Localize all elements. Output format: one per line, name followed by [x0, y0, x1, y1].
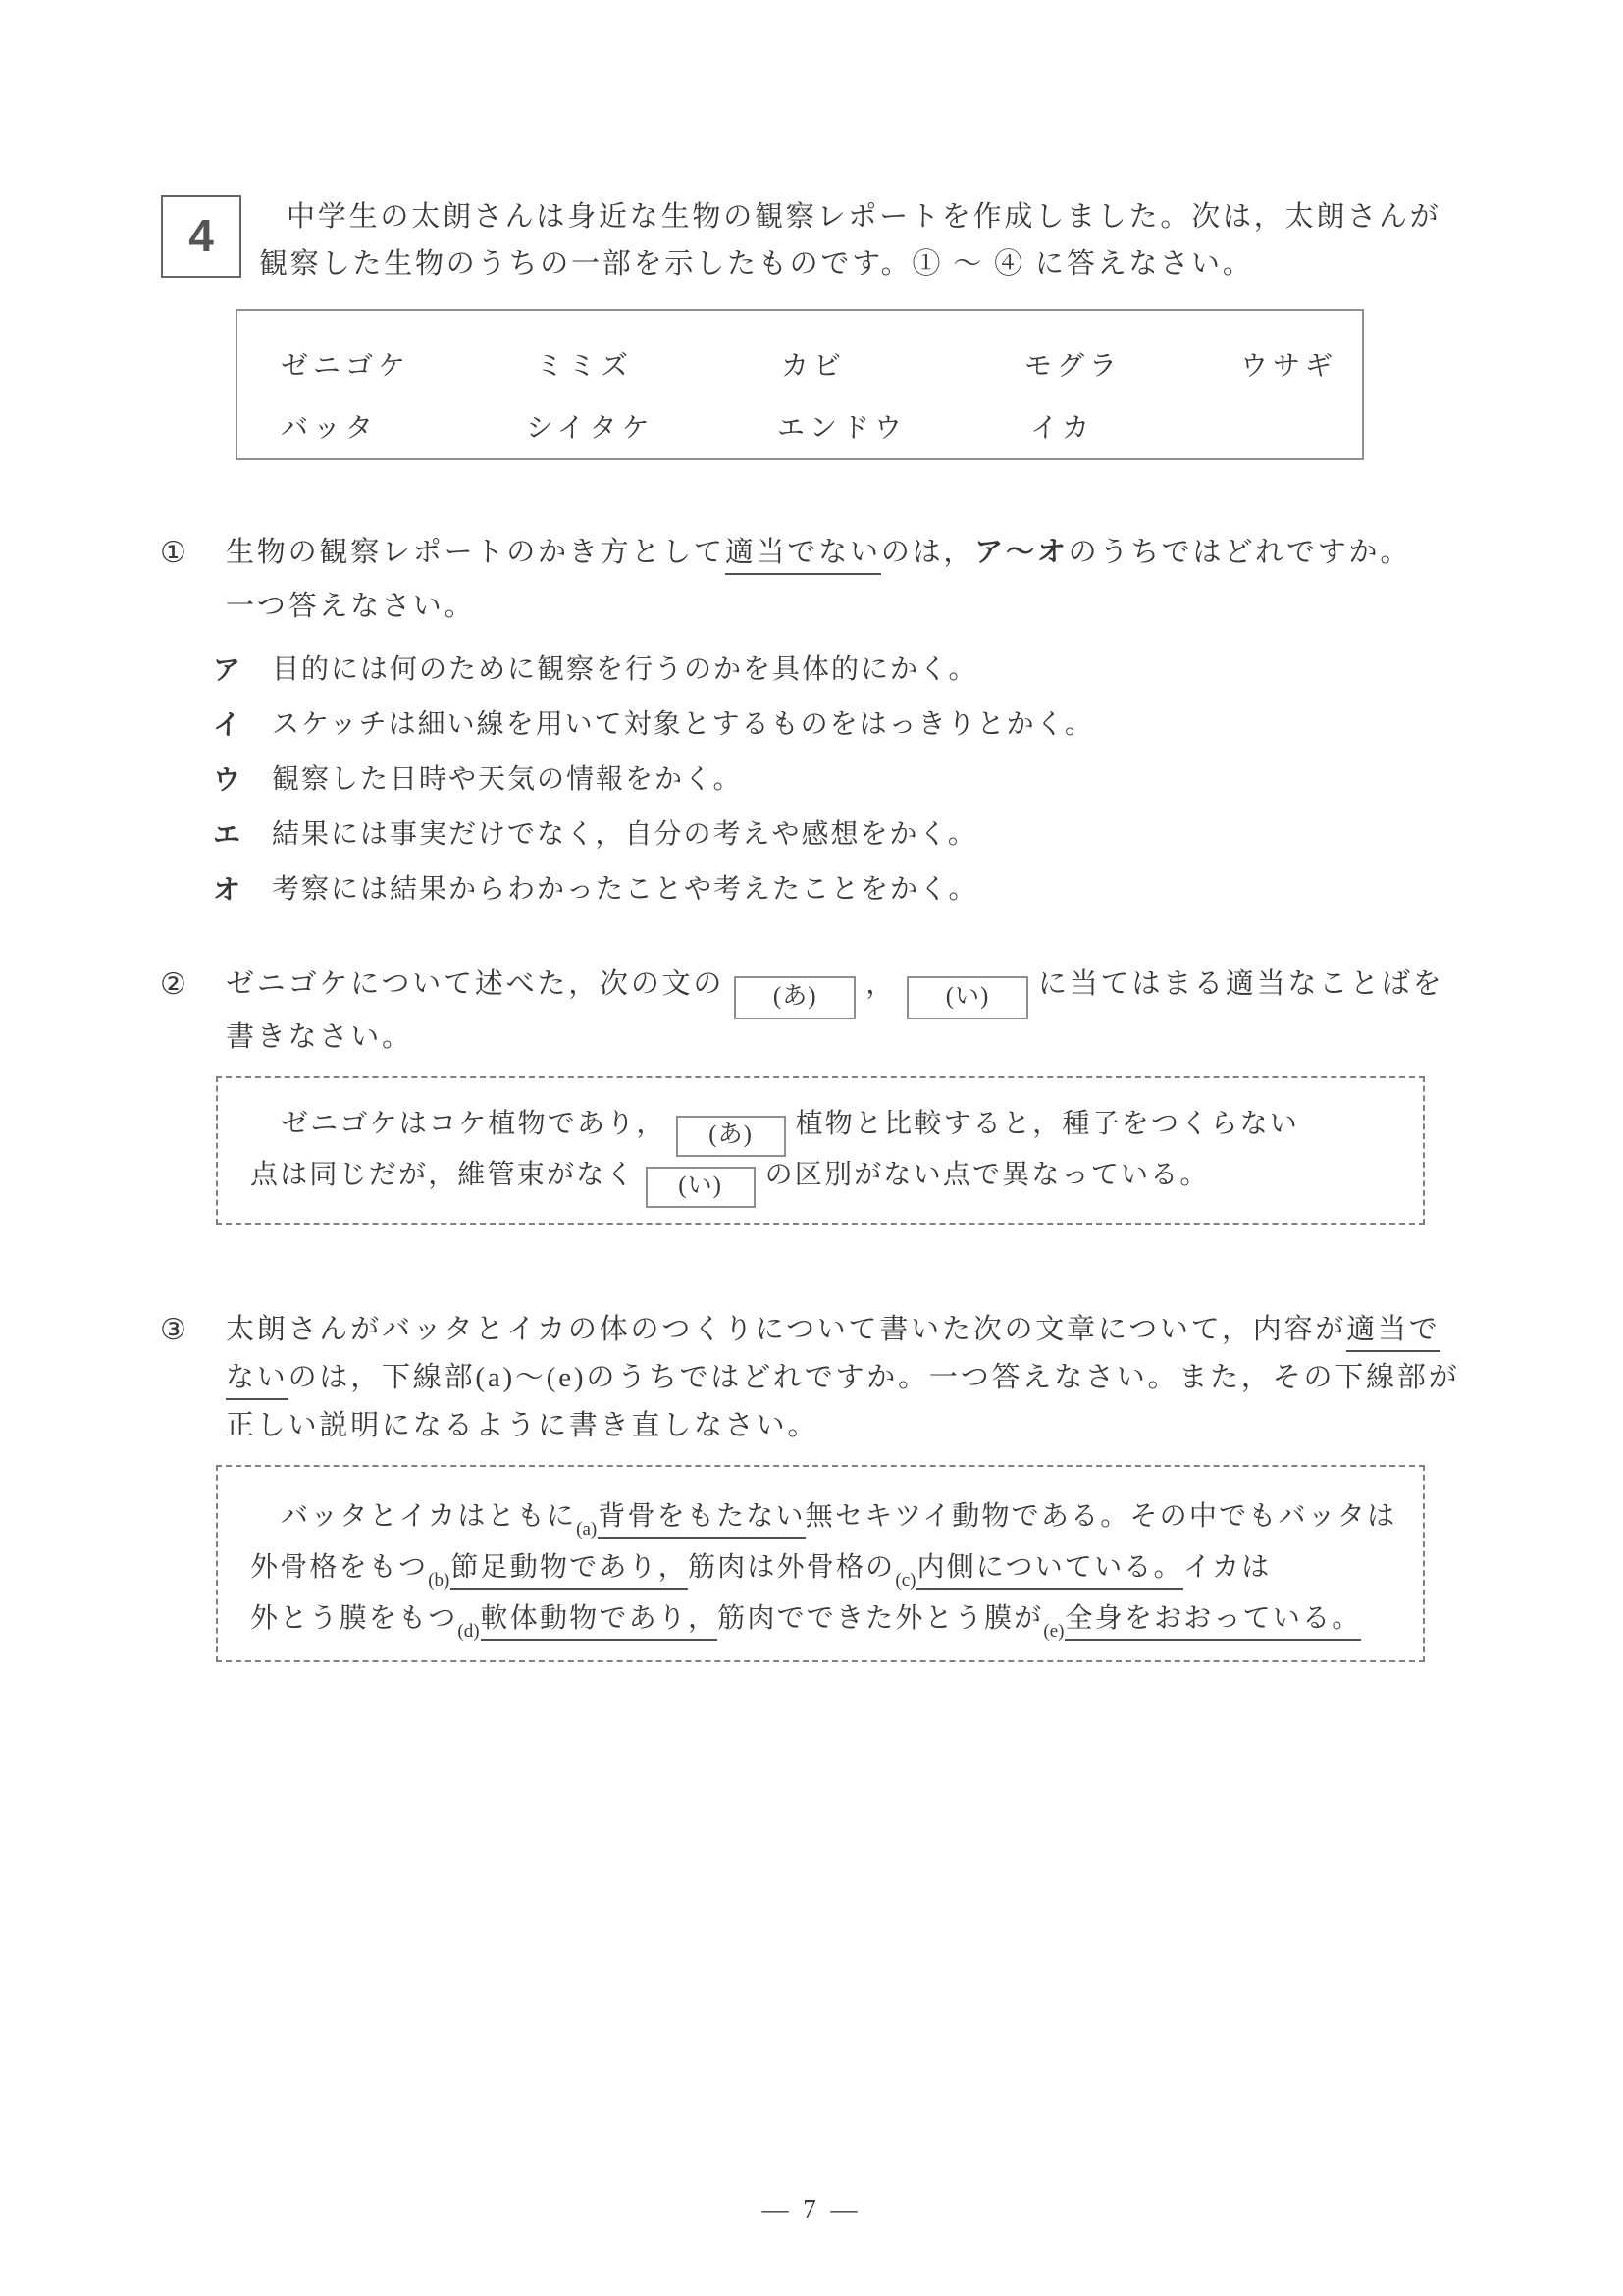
q2-text-mid: ，	[865, 968, 897, 1000]
blank-box-i: (い)	[907, 976, 1028, 1019]
question-1-line-1: 生物の観察レポートのかき方として適当でないのは，ア～オのうちではどれですか。	[226, 536, 1411, 569]
q3-note-line-2: 外骨格をもつ(b)節足動物であり，筋肉は外骨格の(c)内側についている。イカは	[250, 1549, 1271, 1599]
q2-text-pre: ゼニゴケについて述べた，次の文の	[226, 968, 724, 1000]
q3n2-post: イカは	[1183, 1552, 1272, 1583]
q3-note-box: バッタとイカはともに(a)背骨をもたない無セキツイ動物である。その中でもバッタは…	[216, 1465, 1425, 1662]
choice-i-label: イ	[213, 708, 242, 742]
underline-label-c: (c)	[895, 1570, 916, 1591]
q1-underlined-text: 適当でない	[725, 537, 881, 575]
choice-e-text: 結果には事実だけでなく，自分の考えや感想をかく。	[272, 818, 977, 852]
q3n3-pre: 外とう膜をもつ	[250, 1603, 457, 1634]
choice-a-text: 目的には何のために観察を行うのかを具体的にかく。	[272, 653, 977, 687]
choice-u-label: ウ	[213, 763, 242, 797]
question-1-line-2: 一つ答えなさい。	[226, 590, 475, 623]
q2-text-post: に当てはまる適当なことばを	[1038, 968, 1443, 1000]
q1-text-mid: のは，	[881, 537, 974, 568]
intro-line-2: 観察した生物のうちの一部を示したものです。① ～ ④ に答えなさい。	[259, 240, 1441, 287]
question-3-line-3: 正しい説明になるように書き直しなさい。	[226, 1409, 818, 1442]
blank-box-a: (あ)	[734, 976, 856, 1019]
question-2-line-1: ゼニゴケについて述べた，次の文の(あ)，(い)に当てはまる適当なことばを	[226, 963, 1443, 1019]
q2-note-line-2: 点は同じだが，維管束がなく(い)の区別がない点で異なっている。	[250, 1157, 1210, 1208]
organism-ika: イカ	[1030, 406, 1094, 445]
q3n1-post: 無セキツイ動物である。その中でもバッタは	[806, 1501, 1397, 1532]
question-3-line-1: 太朗さんがバッタとイカの体のつくりについて書いた次の文章について，内容が適当で	[226, 1313, 1440, 1346]
underline-label-e: (e)	[1043, 1621, 1065, 1642]
choice-i-text: スケッチは細い線を用いて対象とするものをはっきりとかく。	[272, 708, 1094, 742]
organism-list-box: ゼニゴケ ミミズ カビ モグラ ウサギ バッタ シイタケ エンドウ イカ	[236, 309, 1364, 460]
q3-note-line-1: バッタとイカはともに(a)背骨をもたない無セキツイ動物である。その中でもバッタは	[281, 1498, 1396, 1548]
q2-note-blank-i: (い)	[646, 1167, 756, 1208]
exam-page: 4 中学生の太朗さんは身近な生物の観察レポートを作成しました。次は，太朗さんが …	[0, 0, 1623, 2296]
underline-label-d: (d)	[457, 1621, 480, 1642]
underlined-phrase-a: 背骨をもたない	[598, 1501, 805, 1539]
choice-e-label: エ	[213, 818, 242, 852]
q3-text-post: のは，下線部(a)～(e)のうちではどれですか。一つ答えなさい。また，その下線部…	[288, 1362, 1460, 1393]
q2-note2-post: の区別がない点で異なっている。	[765, 1160, 1210, 1190]
q2-note2-pre: 点は同じだが，維管束がなく	[250, 1160, 636, 1190]
organism-kabi: カビ	[781, 344, 846, 384]
question-1-marker: ①	[160, 536, 186, 570]
q1-bold-range: ア～オ	[974, 537, 1068, 568]
question-3-marker: ③	[160, 1313, 186, 1347]
organism-shiitake: シイタケ	[526, 406, 654, 445]
q2-note-blank-a: (あ)	[676, 1116, 786, 1157]
question-2-marker: ②	[160, 967, 186, 1002]
q3n3-mid: 筋肉でできた外とう膜が	[717, 1603, 1043, 1634]
q1-text-post: のうちではどれですか。	[1069, 537, 1412, 568]
choice-a-label: ア	[213, 653, 242, 687]
problem-intro: 中学生の太朗さんは身近な生物の観察レポートを作成しました。次は，太朗さんが 観察…	[259, 193, 1441, 287]
q3-underlined-1: 適当で	[1346, 1314, 1440, 1352]
q3-text-pre: 太朗さんがバッタとイカの体のつくりについて書いた次の文章について，内容が	[226, 1314, 1346, 1345]
choice-u-text: 観察した日時や天気の情報をかく。	[272, 763, 742, 797]
underlined-phrase-b: 節足動物であり，	[450, 1552, 688, 1590]
organism-mogura: モグラ	[1024, 344, 1122, 384]
question-3-line-2: ないのは，下線部(a)～(e)のうちではどれですか。一つ答えなさい。また，その下…	[226, 1361, 1460, 1394]
q2-note-line-1: ゼニゴケはコケ植物であり，(あ)植物と比較すると，種子をつくらない	[281, 1106, 1299, 1157]
question-2-line-2: 書きなさい。	[226, 1020, 413, 1054]
choice-o-text: 考察には結果からわかったことや考えたことをかく。	[272, 873, 977, 907]
underlined-phrase-d: 軟体動物であり，	[481, 1603, 718, 1641]
q2-note-post: 植物と比較すると，種子をつくらない	[796, 1109, 1299, 1139]
underline-label-a: (a)	[576, 1519, 598, 1539]
q2-note-pre: ゼニゴケはコケ植物であり，	[281, 1109, 666, 1139]
organism-mimizu: ミミズ	[536, 344, 633, 384]
choice-o-label: オ	[213, 873, 242, 907]
q3-underlined-2: ない	[226, 1362, 288, 1400]
q3n2-pre: 外骨格をもつ	[250, 1552, 428, 1583]
page-number: — 7 —	[0, 2194, 1623, 2224]
intro-line-1: 中学生の太朗さんは身近な生物の観察レポートを作成しました。次は，太朗さんが	[259, 193, 1441, 240]
underlined-phrase-e: 全身をおおっている。	[1065, 1603, 1361, 1641]
underline-label-b: (b)	[428, 1570, 450, 1591]
problem-number: 4	[188, 210, 214, 261]
q3n2-mid: 筋肉は外骨格の	[688, 1552, 895, 1583]
underlined-phrase-c: 内側についている。	[916, 1552, 1182, 1590]
q3-note-line-3: 外とう膜をもつ(d)軟体動物であり，筋肉でできた外とう膜が(e)全身をおおってい…	[250, 1600, 1361, 1650]
q2-note-box: ゼニゴケはコケ植物であり，(あ)植物と比較すると，種子をつくらない 点は同じだが…	[216, 1076, 1425, 1225]
organism-zenigoke: ゼニゴケ	[281, 344, 410, 384]
organism-batta: バッタ	[281, 406, 378, 445]
organism-endou: エンドウ	[777, 406, 907, 445]
problem-number-box: 4	[161, 195, 241, 278]
organism-usagi: ウサギ	[1240, 344, 1337, 384]
q1-text-pre: 生物の観察レポートのかき方として	[226, 537, 725, 568]
q3n1-pre: バッタとイカはともに	[281, 1501, 576, 1532]
